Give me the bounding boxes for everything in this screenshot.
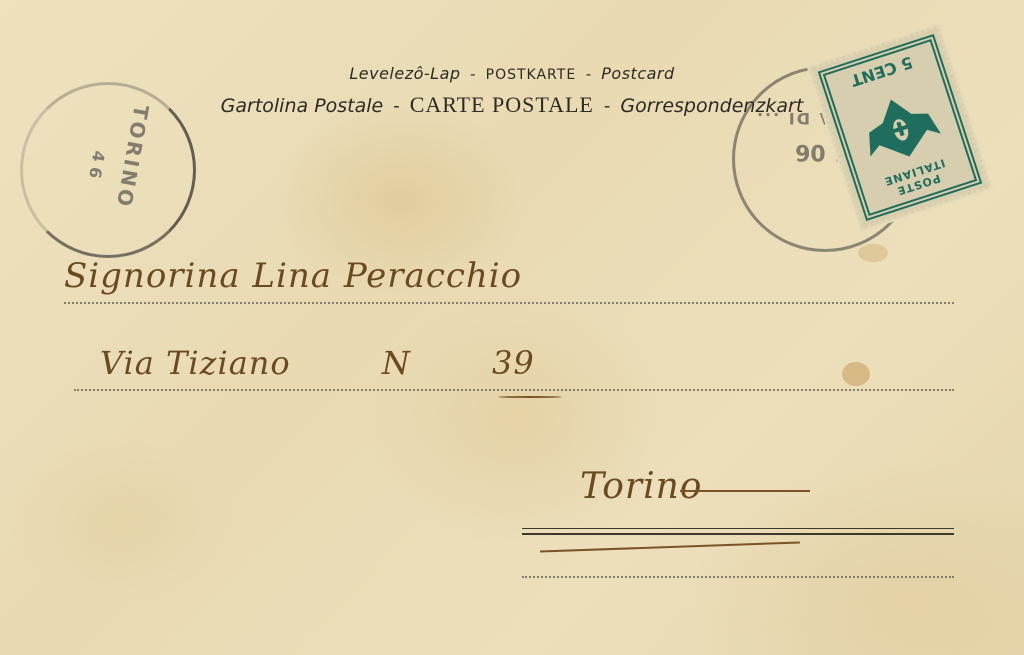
postmark-date: 4 6 [85,149,109,180]
postmark-left: TORINO 4 6 [20,82,196,258]
recipient-name: Signorina Lina Peracchio [64,256,522,296]
header-hungarian: Levelezô-Lap [349,64,460,83]
street-number: 39 [492,344,535,382]
city-double-line [522,528,954,535]
recipient-street: Via Tiziano N 39 [100,344,535,382]
header-german: POSTKARTE [486,67,577,83]
city-underline [540,541,800,552]
recipient-city: Torino [580,466,702,507]
street-name: Via Tiziano [100,344,291,382]
header-english: Postcard [601,64,674,83]
header-italian: Gartolina Postale [221,95,384,117]
header-french: CARTE POSTALE [410,92,594,117]
postcard: Levelezô-Lap - POSTKARTE - Postcard Gart… [0,0,1024,655]
postmark-town: TORINO [111,103,153,211]
number-mark: N [382,344,411,382]
number-underline [498,396,562,398]
address-line-2 [74,389,954,391]
paper-stain [842,362,870,386]
address-line-3 [522,576,954,578]
paper-stain [858,244,888,262]
address-line-1 [64,302,954,304]
city-flourish [680,490,810,492]
